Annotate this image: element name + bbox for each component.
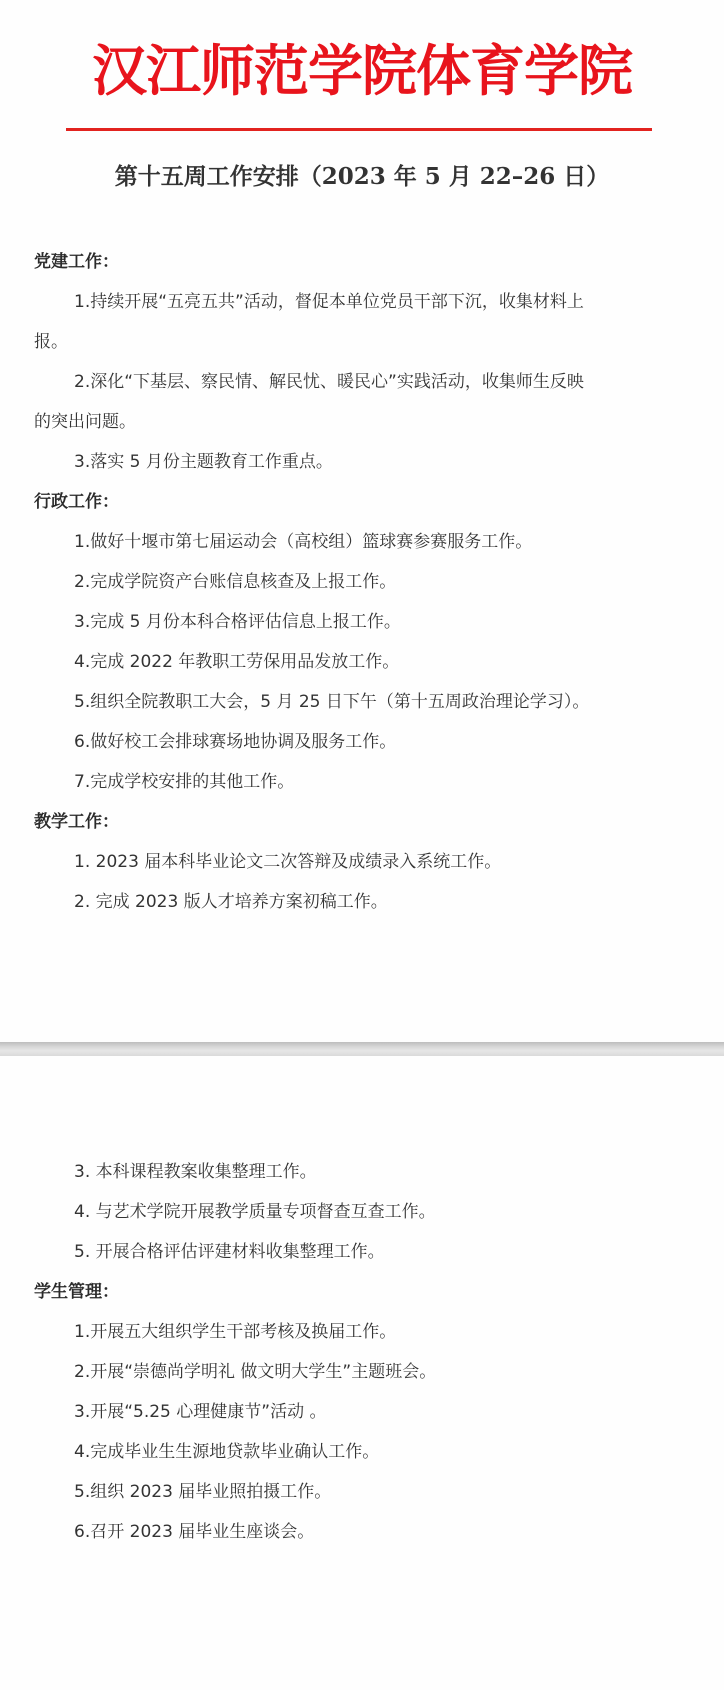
students-item-3: 3.开展“5.25 心理健康节”活动 。 xyxy=(74,1400,327,1424)
admin-item-3: 3.完成 5 月份本科合格评估信息上报工作。 xyxy=(74,610,401,634)
party-item-3: 3.落实 5 月份主题教育工作重点。 xyxy=(74,450,333,474)
document-page-2: 3. 本科课程教案收集整理工作。 4. 与艺术学院开展教学质量专项督查互查工作。… xyxy=(0,1056,724,1690)
party-item-2-line2: 的突出问题。 xyxy=(34,410,136,434)
document-page-1: 汉江师范学院体育学院 第十五周工作安排（2023 年 5 月 22–26 日） … xyxy=(0,0,724,1042)
teaching-item-3: 3. 本科课程教案收集整理工作。 xyxy=(74,1160,317,1184)
admin-item-6: 6.做好校工会排球赛场地协调及服务工作。 xyxy=(74,730,396,754)
party-item-1-line1: 1.持续开展“五亮五共”活动，督促本单位党员干部下沉，收集材料上 xyxy=(74,290,584,314)
students-item-5: 5.组织 2023 届毕业照拍摄工作。 xyxy=(74,1480,331,1504)
section-heading-students: 学生管理： xyxy=(34,1280,119,1304)
admin-item-4: 4.完成 2022 年教职工劳保用品发放工作。 xyxy=(74,650,399,674)
section-heading-teaching: 教学工作： xyxy=(34,810,119,834)
admin-item-1: 1.做好十堰市第七届运动会（高校组）篮球赛参赛服务工作。 xyxy=(74,530,532,554)
students-item-6: 6.召开 2023 届毕业生座谈会。 xyxy=(74,1520,314,1544)
section-heading-party: 党建工作： xyxy=(34,250,119,274)
teaching-item-2: 2. 完成 2023 版人才培养方案初稿工作。 xyxy=(74,890,388,914)
red-divider-rule xyxy=(66,128,652,131)
students-item-4: 4.完成毕业生生源地贷款毕业确认工作。 xyxy=(74,1440,379,1464)
teaching-item-4: 4. 与艺术学院开展教学质量专项督查互查工作。 xyxy=(74,1200,436,1224)
teaching-item-5: 5. 开展合格评估评建材料收集整理工作。 xyxy=(74,1240,385,1264)
admin-item-5: 5.组织全院教职工大会，5 月 25 日下午（第十五周政治理论学习）。 xyxy=(74,690,589,714)
students-item-1: 1.开展五大组织学生干部考核及换届工作。 xyxy=(74,1320,396,1344)
party-item-2-line1: 2.深化“下基层、察民情、解民忧、暖民心”实践活动，收集师生反映 xyxy=(74,370,584,394)
admin-item-2: 2.完成学院资产台账信息核查及上报工作。 xyxy=(74,570,396,594)
students-item-2: 2.开展“崇德尚学明礼 做文明大学生”主题班会。 xyxy=(74,1360,436,1384)
teaching-item-1: 1. 2023 届本科毕业论文二次答辩及成绩录入系统工作。 xyxy=(74,850,501,874)
schedule-subtitle: 第十五周工作安排（2023 年 5 月 22–26 日） xyxy=(0,162,724,192)
admin-item-7: 7.完成学校安排的其他工作。 xyxy=(74,770,294,794)
party-item-1-line2: 报。 xyxy=(34,330,68,354)
section-heading-admin: 行政工作： xyxy=(34,490,119,514)
masthead-title: 汉江师范学院体育学院 xyxy=(0,38,724,104)
page-break-divider xyxy=(0,1042,724,1056)
